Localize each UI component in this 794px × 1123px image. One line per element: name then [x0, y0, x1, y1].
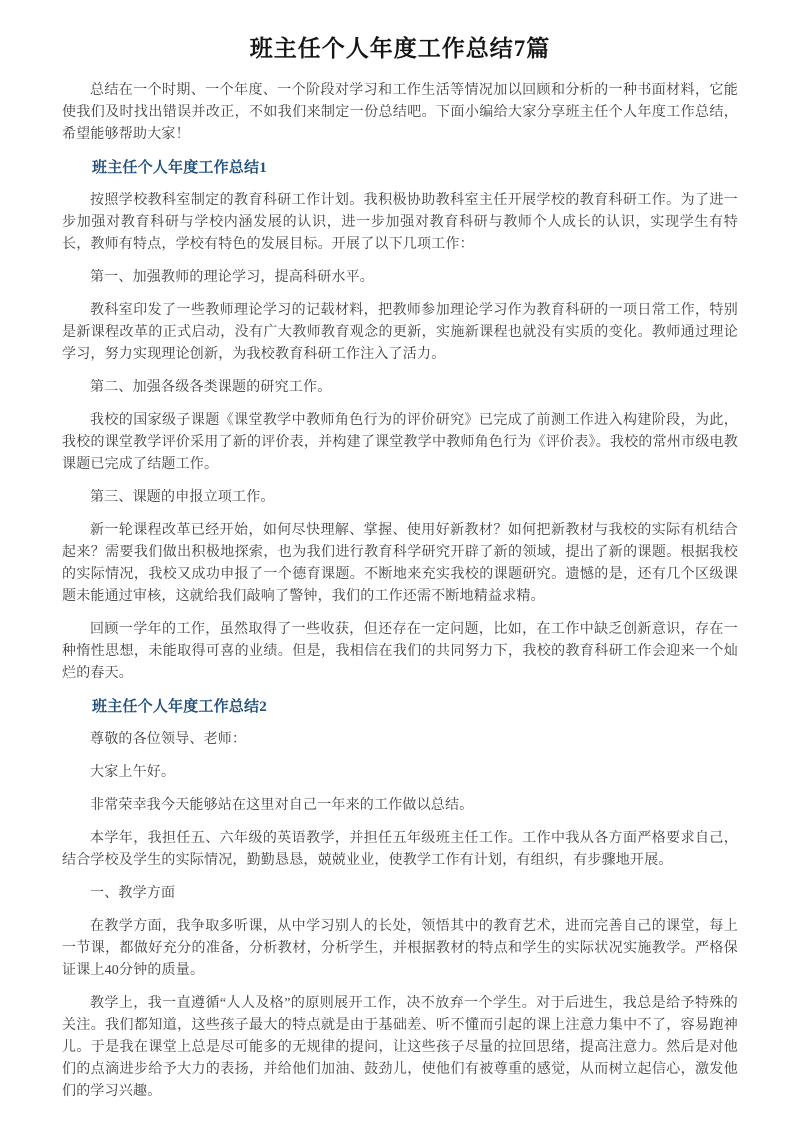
paragraph: 按照学校教科室制定的教育科研工作计划。我积极协助教科室主任开展学校的教育科研工作… [62, 190, 738, 256]
section-heading-2: 班主任个人年度工作总结2 [62, 696, 738, 718]
document-title: 班主任个人年度工作总结7篇 [62, 34, 738, 64]
document-page: 班主任个人年度工作总结7篇 总结在一个时期、一个年度、一个阶段对学习和工作生活等… [0, 0, 794, 1123]
paragraph: 新一轮课程改革已经开始，如何尽快理解、掌握、使用好新教材？如何把新教材与我校的实… [62, 520, 738, 608]
paragraph-subheading-teaching: 一、教学方面 [62, 883, 738, 905]
paragraph: 非常荣幸我今天能够站在这里对自己一年来的工作做以总结。 [62, 795, 738, 817]
paragraph-point-2: 第二、加强各级各类课题的研究工作。 [62, 377, 738, 399]
paragraph-intro: 总结在一个时期、一个年度、一个阶段对学习和工作生活等情况加以回顾和分析的一种书面… [62, 80, 738, 146]
paragraph-salutation: 尊敬的各位领导、老师： [62, 729, 738, 751]
paragraph: 教科室印发了一些教师理论学习的记载材料，把教师参加理论学习作为教育科研的一项日常… [62, 300, 738, 366]
paragraph-point-1: 第一、加强教师的理论学习，提高科研水平。 [62, 267, 738, 289]
section-heading-1: 班主任个人年度工作总结1 [62, 157, 738, 179]
paragraph: 回顾一学年的工作，虽然取得了一些收获，但还存在一定问题，比如，在工作中缺乏创新意… [62, 619, 738, 685]
paragraph-greeting: 大家上午好。 [62, 762, 738, 784]
paragraph: 本学年，我担任五、六年级的英语教学，并担任五年级班主任工作。工作中我从各方面严格… [62, 828, 738, 872]
paragraph-point-3: 第三、课题的申报立项工作。 [62, 487, 738, 509]
paragraph: 我校的国家级子课题《课堂教学中教师角色行为的评价研究》已完成了前测工作进入构建阶… [62, 410, 738, 476]
paragraph: 在教学方面，我争取多听课，从中学习别人的长处，领悟其中的教育艺术，进而完善自己的… [62, 916, 738, 982]
paragraph: 教学上，我一直遵循“人人及格”的原则展开工作，决不放弃一个学生。对于后进生，我总… [62, 993, 738, 1103]
